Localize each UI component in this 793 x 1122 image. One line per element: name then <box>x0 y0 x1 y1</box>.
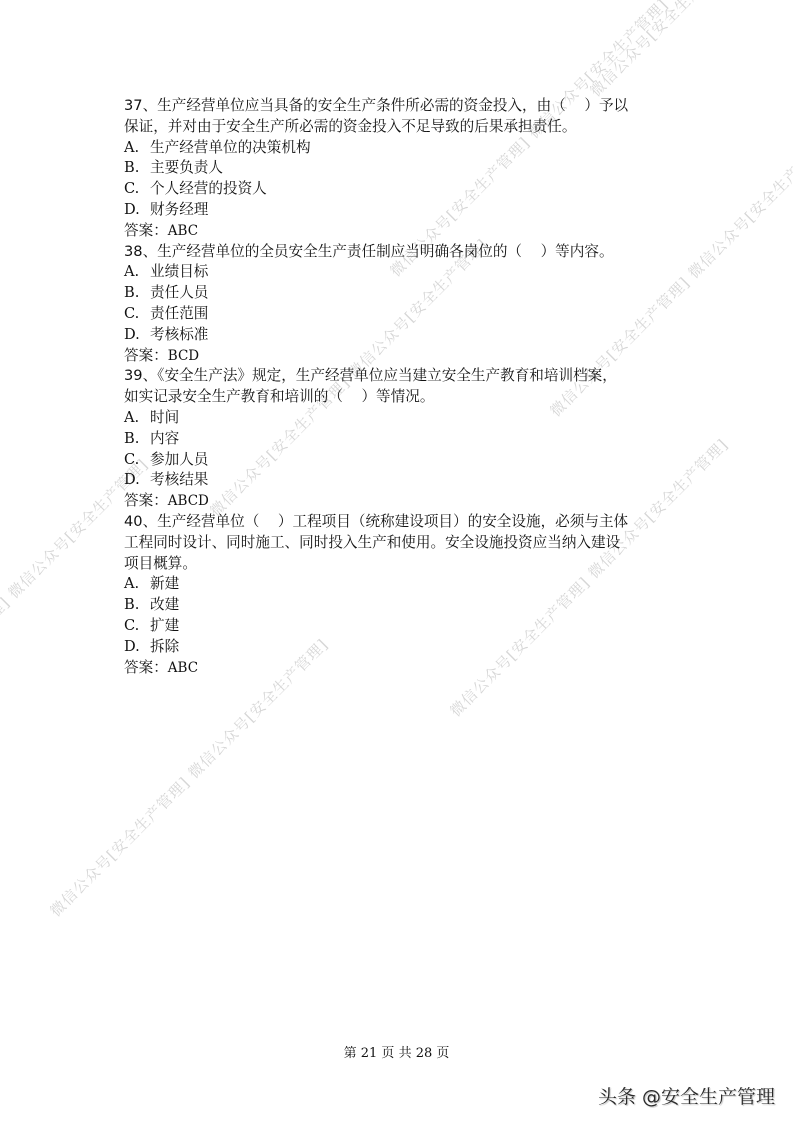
option-a: A.新建 <box>124 574 684 595</box>
page-indicator: 第 21 页 共 28 页 <box>0 1042 793 1061</box>
answer-label: 答案： <box>124 492 168 509</box>
question-list: 37、生产经营单位应当具备的安全生产条件所必需的资金投入，由（ ）予以 保证，并… <box>124 96 684 678</box>
answer: 答案：ABC <box>124 658 684 679</box>
question-38: 38、生产经营单位的全员安全生产责任制应当明确各岗位的（ ）等内容。 A.业绩目… <box>124 242 684 367</box>
answer-value: ABCD <box>168 493 209 509</box>
question-text: 37、生产经营单位应当具备的安全生产条件所必需的资金投入，由（ ）予以 <box>124 96 684 117</box>
option-b: B.主要负责人 <box>124 158 684 179</box>
question-text: 40、生产经营单位（ ）工程项目（统称建设项目）的安全设施，必须与主体 <box>124 512 684 533</box>
answer: 答案：BCD <box>124 346 684 367</box>
answer-label: 答案： <box>124 659 168 676</box>
answer-value: ABC <box>168 223 198 239</box>
option-c: C.责任范围 <box>124 304 684 325</box>
question-40: 40、生产经营单位（ ）工程项目（统称建设项目）的安全设施，必须与主体 工程同时… <box>124 512 684 678</box>
option-c: C.参加人员 <box>124 450 684 471</box>
option-d: D.考核结果 <box>124 470 684 491</box>
option-d: D.财务经理 <box>124 200 684 221</box>
answer-value: ABC <box>168 660 198 676</box>
option-b: B.内容 <box>124 429 684 450</box>
option-a: A.生产经营单位的决策机构 <box>124 138 684 159</box>
question-37: 37、生产经营单位应当具备的安全生产条件所必需的资金投入，由（ ）予以 保证，并… <box>124 96 684 242</box>
option-a: A.业绩目标 <box>124 262 684 283</box>
source-attribution: 头条 @安全生产管理 <box>598 1082 775 1109</box>
answer-label: 答案： <box>124 222 168 239</box>
option-d: D.考核标准 <box>124 325 684 346</box>
question-text: 工程同时设计、同时施工、同时投入生产和使用。安全设施投资应当纳入建设 <box>124 533 684 554</box>
option-a: A.时间 <box>124 408 684 429</box>
answer-value: BCD <box>168 348 199 364</box>
question-text: 38、生产经营单位的全员安全生产责任制应当明确各岗位的（ ）等内容。 <box>124 242 684 263</box>
answer: 答案：ABC <box>124 221 684 242</box>
option-b: B.责任人员 <box>124 283 684 304</box>
question-text: 保证，并对由于安全生产所必需的资金投入不足导致的后果承担责任。 <box>124 117 684 138</box>
question-text: 39、《安全生产法》规定，生产经营单位应当建立安全生产教育和培训档案， <box>124 366 684 387</box>
option-c: C.扩建 <box>124 616 684 637</box>
option-c: C.个人经营的投资人 <box>124 179 684 200</box>
option-d: D.拆除 <box>124 637 684 658</box>
answer: 答案：ABCD <box>124 491 684 512</box>
question-text: 项目概算。 <box>124 554 684 575</box>
option-b: B.改建 <box>124 595 684 616</box>
document-page: 微信公众号[安全生产管理] 微信公众号[安全生产管理] 微信公众号[安全生产管理… <box>0 0 793 1122</box>
question-39: 39、《安全生产法》规定，生产经营单位应当建立安全生产教育和培训档案， 如实记录… <box>124 366 684 512</box>
question-text: 如实记录安全生产教育和培训的（ ）等情况。 <box>124 387 684 408</box>
answer-label: 答案： <box>124 347 168 364</box>
watermark-text: 微信公众号[安全生产管理] 微信公众号[安全生产管理] <box>585 0 793 101</box>
